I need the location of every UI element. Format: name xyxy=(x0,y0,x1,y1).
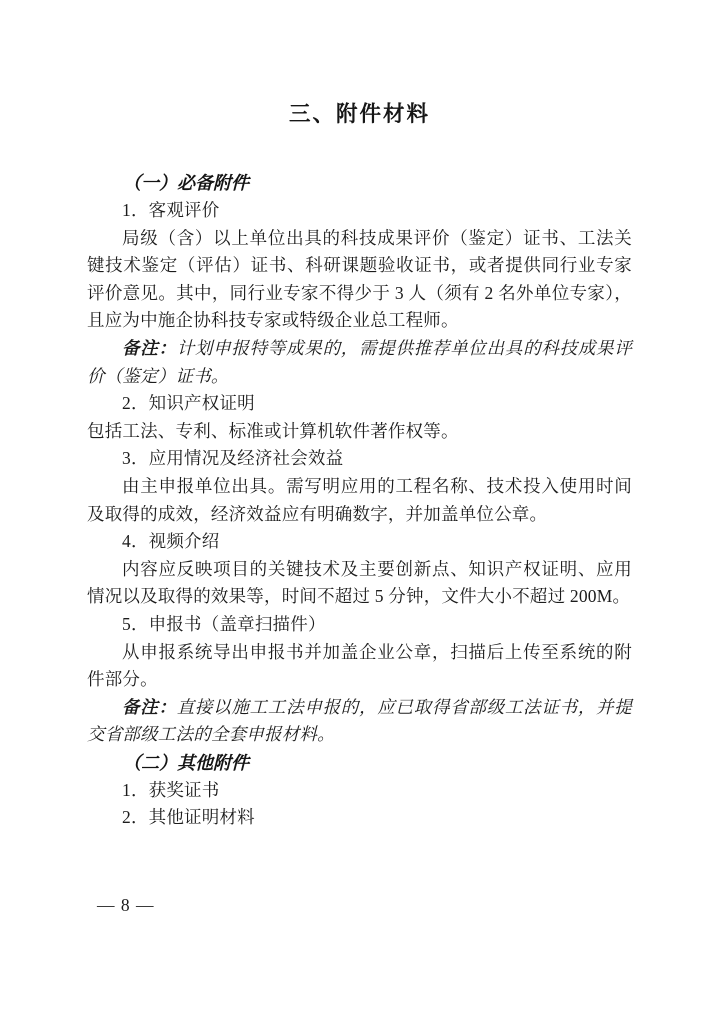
paragraph: 包括工法、专利、标准或计算机软件著作权等。 xyxy=(87,418,632,446)
numbered-item: 1．客观评价 xyxy=(87,197,632,225)
document-body: 三、附件材料 （一）必备附件 1．客观评价 局级（含）以上单位出具的科技成果评价… xyxy=(0,99,724,832)
document-title: 三、附件材料 xyxy=(87,99,632,129)
numbered-item: 3．应用情况及经济社会效益 xyxy=(87,445,632,473)
section-heading-other-attachments: （二）其他附件 xyxy=(87,749,632,777)
note-paragraph: 备注：计划申报特等成果的，需提供推荐单位出具的科技成果评价（鉴定）证书。 xyxy=(87,335,632,390)
paragraph: 内容应反映项目的关键技术及主要创新点、知识产权证明、应用情况以及取得的效果等，时… xyxy=(87,556,632,611)
numbered-item: 1．获奖证书 xyxy=(87,777,632,805)
numbered-item: 2．其他证明材料 xyxy=(87,804,632,832)
paragraph: 由主申报单位出具。需写明应用的工程名称、技术投入使用时间及取得的成效，经济效益应… xyxy=(87,473,632,528)
paragraph: 局级（含）以上单位出具的科技成果评价（鉴定）证书、工法关键技术鉴定（评估）证书、… xyxy=(87,225,632,335)
note-label: 备注： xyxy=(122,697,177,717)
note-paragraph: 备注：直接以施工工法申报的，应已取得省部级工法证书，并提交省部级工法的全套申报材… xyxy=(87,694,632,749)
document-page: 三、附件材料 （一）必备附件 1．客观评价 局级（含）以上单位出具的科技成果评价… xyxy=(0,0,724,1024)
numbered-item: 5．申报书（盖章扫描件） xyxy=(87,611,632,639)
numbered-item: 4．视频介绍 xyxy=(87,528,632,556)
page-number: — 8 — xyxy=(97,892,155,918)
paragraph: 从申报系统导出申报书并加盖企业公章，扫描后上传至系统的附件部分。 xyxy=(87,639,632,694)
note-label: 备注： xyxy=(122,338,177,358)
numbered-item: 2．知识产权证明 xyxy=(87,390,632,418)
section-heading-required-attachments: （一）必备附件 xyxy=(87,169,632,197)
